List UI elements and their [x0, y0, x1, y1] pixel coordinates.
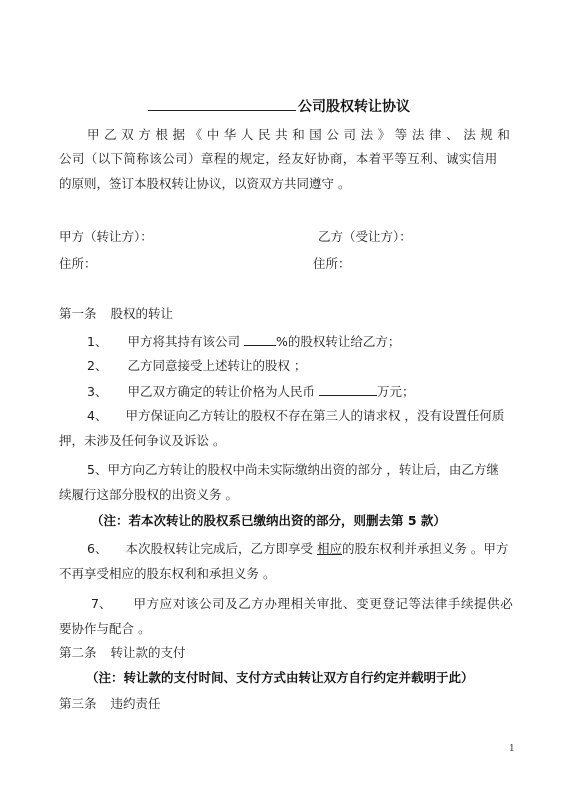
item-number: 2、 — [87, 358, 107, 373]
article-3-title: 违约责任 — [111, 696, 161, 711]
item-text-after: %的股权转让给乙方； — [276, 334, 400, 349]
party-b-address-label: 住所： — [313, 256, 351, 272]
item-text: 甲乙双方确定的转让价格为人民币 — [127, 384, 318, 399]
article-1-title: 股权的转让 — [111, 306, 174, 321]
article-1-item-5-line-1: 5、甲方向乙方转让的股权中尚未实际缴纳出资的部分 ，转让后，由乙方继 — [87, 462, 499, 478]
item-text-after: 万元； — [377, 384, 415, 399]
item-number: 4、 — [87, 408, 107, 423]
article-3-heading: 第三条违约责任 — [59, 696, 161, 712]
article-1-number: 第一条 — [59, 306, 97, 321]
party-a-label: 甲方（转让方）： — [59, 229, 153, 245]
preamble-line-2: 公司（以下简称该公司）章程的规定，经友好协商，本着平等互利、诚实信用 — [59, 151, 498, 167]
document-title: 公司股权转让协议 — [148, 96, 410, 116]
article-2-heading: 第二条转让款的支付 — [59, 645, 186, 661]
article-1-item-4-line-1: 4、甲方保证向乙方转让的股权不存在第三人的请求权 ，没有设置任何质 — [87, 408, 504, 424]
preamble-line-3: 的原则，签订本股权转让协议，以资双方共同遵守 。 — [59, 176, 350, 192]
transfer-price-blank[interactable] — [319, 383, 377, 396]
item-number: 1、 — [87, 334, 107, 349]
article-1-note: （注：若本次转让的股权系已缴纳出资的部分，则删去第 5 款） — [91, 513, 446, 529]
title-text: 公司股权转让协议 — [298, 99, 410, 115]
article-1-item-7-line-2: 要协作与配合 。 — [59, 621, 150, 637]
article-1-item-4-line-2: 押，未涉及任何争议及诉讼 。 — [59, 433, 225, 449]
article-1-item-6-line-2: 不再享受相应的股东权利和承担义务 。 — [59, 566, 275, 582]
article-1-heading: 第一条股权的转让 — [59, 306, 173, 322]
underlined-text: 相应 — [317, 541, 342, 556]
item-text: 本次股权转让完成后，乙方即享受 — [125, 541, 316, 556]
item-text: 乙方同意接受上述转让的股权 ； — [127, 358, 306, 373]
item-text: 甲方保证向乙方转让的股权不存在第三人的请求权 ，没有设置任何质 — [125, 408, 504, 423]
item-number: 6、 — [87, 541, 107, 556]
share-percentage-blank[interactable] — [244, 333, 276, 346]
item-text: 甲方应对该公司及乙方办理相关审批、变更登记等法律手续提供必 — [133, 596, 513, 611]
item-number: 7、 — [91, 596, 111, 611]
company-name-blank[interactable] — [148, 96, 296, 111]
article-2-number: 第二条 — [59, 645, 97, 660]
article-1-item-6-line-1: 6、本次股权转让完成后，乙方即享受 相应的股东权利并承担义务 。甲方 — [87, 541, 508, 557]
page-number: 1 — [509, 744, 515, 754]
item-text-after: 的股东权利并承担义务 。甲方 — [342, 541, 508, 556]
article-1-item-7-line-1: 7、甲方应对该公司及乙方办理相关审批、变更登记等法律手续提供必 — [91, 596, 513, 612]
article-1-item-1: 1、甲方将其持有该公司 %的股权转让给乙方； — [87, 333, 400, 350]
preamble-line-1: 甲乙双方根据《中华人民共和国公司法》等法律、法规和 — [87, 127, 515, 143]
article-2-title: 转让款的支付 — [111, 645, 186, 660]
document-page: 公司股权转让协议 甲乙双方根据《中华人民共和国公司法》等法律、法规和 公司（以下… — [0, 0, 566, 800]
article-1-item-5-line-2: 续履行这部分股权的出资义务 。 — [59, 487, 238, 503]
article-3-number: 第三条 — [59, 696, 97, 711]
party-a-address-label: 住所： — [59, 256, 97, 272]
item-text: 甲方将其持有该公司 — [127, 334, 243, 349]
article-2-note: （注：转让款的支付时间、支付方式由转让双方自行约定并载明于此） — [86, 670, 474, 686]
item-number: 3、 — [87, 384, 107, 399]
article-1-item-3: 3、甲乙双方确定的转让价格为人民币 万元； — [87, 383, 414, 400]
party-b-label: 乙方（受让方）： — [318, 229, 412, 245]
article-1-item-2: 2、乙方同意接受上述转让的股权 ； — [87, 358, 306, 374]
